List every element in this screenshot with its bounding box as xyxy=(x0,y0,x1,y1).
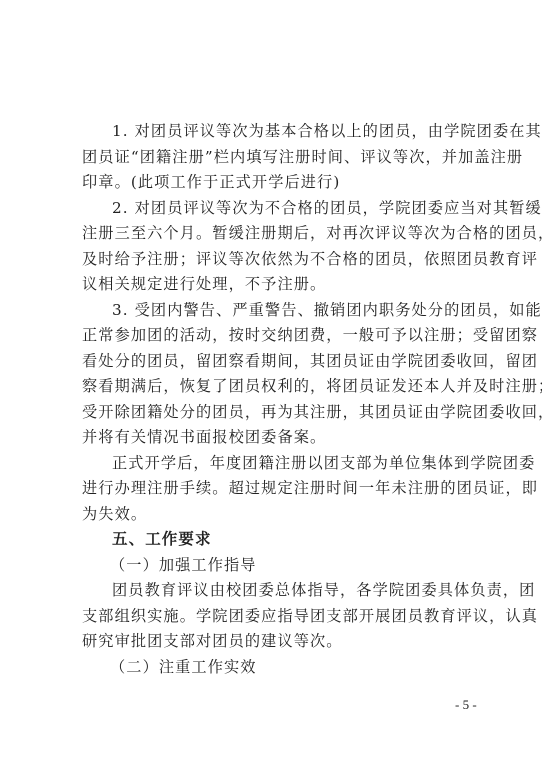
paragraph-line: 研究审批团支部对团员的建议等次。 xyxy=(82,629,474,655)
paragraph-line: 团员证“团籍注册”栏内填写注册时间、评议等次，并加盖注册 xyxy=(82,145,474,171)
paragraph-line: 议相关规定进行处理，不予注册。 xyxy=(82,272,474,298)
paragraph-line: 正常参加团的活动，按时交纳团费，一般可予以注册；受留团察 xyxy=(82,323,474,349)
paragraph-line: 正式开学后，年度团籍注册以团支部为单位集体到学院团委 xyxy=(82,451,474,477)
paragraph-line: 受开除团籍处分的团员，再为其注册，其团员证由学院团委收回， xyxy=(82,400,474,426)
paragraph-line: 并将有关情况书面报校团委备案。 xyxy=(82,425,474,451)
paragraph-line: 看处分的团员，留团察看期间，其团员证由学院团委收回，留团 xyxy=(82,349,474,375)
paragraph-line: 团员教育评议由校团委总体指导，各学院团委具体负责，团 xyxy=(82,578,474,604)
paragraph-line: 1. 对团员评议等次为基本合格以上的团员，由学院团委在其 xyxy=(82,119,474,145)
document-page: 1. 对团员评议等次为基本合格以上的团员，由学院团委在其 团员证“团籍注册”栏内… xyxy=(0,0,542,768)
paragraph-line: 3. 受团内警告、严重警告、撤销团内职务处分的团员，如能 xyxy=(82,298,474,324)
paragraph-line: 及时给予注册；评议等次依然为不合格的团员，依照团员教育评 xyxy=(82,247,474,273)
paragraph-line: 印章。(此项工作于正式开学后进行) xyxy=(82,170,474,196)
subsection-heading: （二）注重工作实效 xyxy=(82,655,474,681)
section-heading: 五、工作要求 xyxy=(82,527,474,553)
paragraph-line: 为失效。 xyxy=(82,502,474,528)
page-number: - 5 - xyxy=(455,697,477,713)
paragraph-line: 察看期满后，恢复了团员权利的，将团员证发还本人并及时注册； xyxy=(82,374,474,400)
paragraph-line: 支部组织实施。学院团委应指导团支部开展团员教育评议，认真 xyxy=(82,604,474,630)
subsection-heading: （一）加强工作指导 xyxy=(82,553,474,579)
paragraph-line: 2. 对团员评议等次为不合格的团员，学院团委应当对其暂缓 xyxy=(82,196,474,222)
document-body: 1. 对团员评议等次为基本合格以上的团员，由学院团委在其 团员证“团籍注册”栏内… xyxy=(82,119,474,680)
paragraph-line: 注册三至六个月。暂缓注册期后，对再次评议等次为合格的团员， xyxy=(82,221,474,247)
paragraph-line: 进行办理注册手续。超过规定注册时间一年未注册的团员证，即 xyxy=(82,476,474,502)
